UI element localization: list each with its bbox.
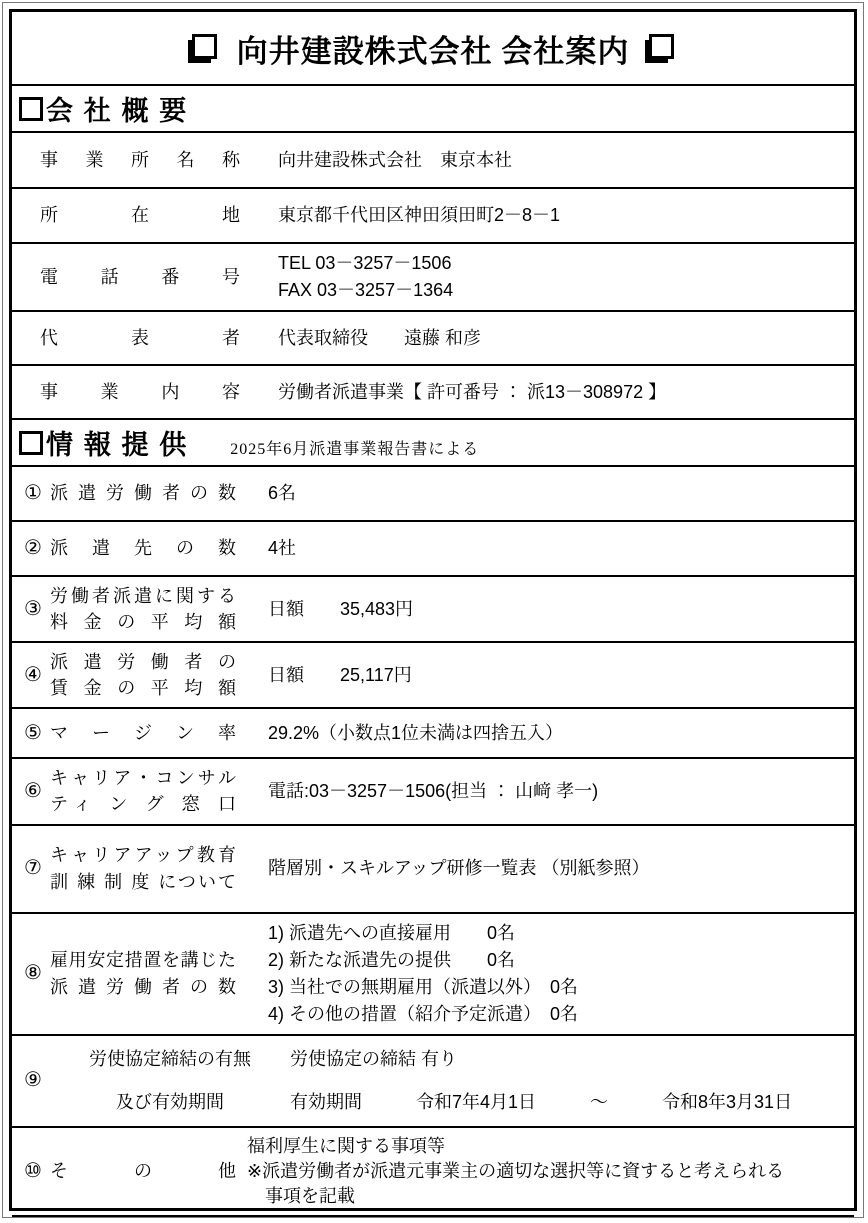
row-6-career-consulting-contact: ⑥ キャリア・コンサル ティ ン グ 窓 口 電話:03－3257－1506(担… (12, 759, 854, 825)
company-guide-table: 向井建設株式会社 会社案内 会 社 概 要 事 業 所 名 称 向井建設株式会社… (9, 9, 857, 1211)
row-number: ④ (24, 661, 50, 690)
section-heading-information: 情 報 提 供 2025年6月派遣事業報告書による (12, 420, 854, 467)
row-label: 電 話 番 号 (40, 264, 240, 290)
row-label: 代 表 者 (40, 325, 240, 351)
row-label: 事 業 内 容 (40, 379, 240, 405)
row-representative: 代 表 者 代表取締役 遠藤 和彦 (12, 312, 854, 366)
row-number: ⑩ (24, 1157, 50, 1186)
row-value: 6名 (268, 480, 844, 507)
row-phone-number: 電 話 番 号 TEL 03－3257－1506 FAX 03－3257－136… (12, 244, 854, 312)
row-label: 労使協定締結の有無 (50, 1046, 290, 1072)
row-office-name: 事 業 所 名 称 向井建設株式会社 東京本社 (12, 133, 854, 189)
row-value: 4社 (268, 535, 844, 562)
row-label: 派 遣 先 の 数 (50, 535, 236, 561)
row-7-career-training-system: ⑦ キャリアアップ教育 訓 練 制 度 について 階層別・スキルアップ研修一覧表… (12, 826, 854, 914)
agreement-existence-line: 労使協定締結の有無 労使協定の締結 有り (50, 1046, 844, 1072)
agreement-validity-line: 及び有効期間 有効期間 令和7年4月1日 ～ 令和8年3月31日 (50, 1089, 844, 1115)
row-value: 29.2%（小数点1位未満は四捨五入） (268, 720, 844, 747)
row-number: ⑧ (24, 959, 50, 988)
row-value: 1) 派遣先への直接雇用 0名 2) 新たな派遣先の提供 0名 3) 当社での無… (268, 920, 844, 1028)
row-number: ① (24, 479, 50, 508)
row-value: 代表取締役 遠藤 和彦 (278, 325, 844, 352)
report-source-note: 2025年6月派遣事業報告書による (230, 436, 479, 459)
bottom-spacer-row (12, 1217, 854, 1223)
row-value: 電話:03－3257－1506(担当 ： 山﨑 孝一) (268, 778, 844, 805)
row-label: マ ー ジ ン 率 (50, 720, 236, 746)
row-value: 労使協定の締結 有り (290, 1046, 844, 1072)
row-number: ⑤ (24, 719, 50, 748)
section-heading-label: 会 社 概 要 (46, 89, 188, 128)
row-9-labor-management-agreement: ⑨ 労使協定締結の有無 労使協定の締結 有り 及び有効期間 有効期間 令和7年4… (12, 1036, 854, 1128)
row-value: 労働者派遣事業【 許可番号 ： 派13－308972 】 (278, 379, 844, 406)
section-heading-label: 情 報 提 供 (46, 423, 188, 462)
document-title-row: 向井建設株式会社 会社案内 (12, 12, 854, 86)
row-label: そ の 他 (50, 1158, 236, 1184)
row-label: 雇用安定措置を講じた 派 遣 労 働 者 の 数 (50, 947, 236, 999)
row-label: 所 在 地 (40, 202, 240, 228)
row-3-average-dispatch-fee: ③ 労働者派遣に関する 料 金 の 平 均 額 日額 35,483円 (12, 577, 854, 643)
shadowed-square-icon (649, 34, 674, 59)
row-number: ⑨ (24, 1066, 50, 1095)
row-value: 向井建設株式会社 東京本社 (278, 147, 844, 174)
open-square-icon (19, 431, 43, 455)
row-value: 日額 25,117円 (268, 662, 844, 689)
row-1-dispatched-worker-count: ① 派 遣 労 働 者 の 数 6名 (12, 467, 854, 522)
row-value: 階層別・スキルアップ研修一覧表 （別紙参照） (268, 855, 844, 882)
row-number: ② (24, 534, 50, 563)
row-8-employment-stability-measures: ⑧ 雇用安定措置を講じた 派 遣 労 働 者 の 数 1) 派遣先への直接雇用 … (12, 914, 854, 1036)
row-2-client-company-count: ② 派 遣 先 の 数 4社 (12, 522, 854, 577)
row-4-average-wage: ④ 派 遣 労 働 者 の 賃 金 の 平 均 額 日額 25,117円 (12, 643, 854, 709)
agreement-block: 労使協定締結の有無 労使協定の締結 有り 及び有効期間 有効期間 令和7年4月1… (50, 1042, 844, 1118)
row-10-other: ⑩ そ の 他 福利厚生に関する事項等 ※派遣労働者が派遣元事業主の適切な選択等… (12, 1128, 854, 1218)
row-value: TEL 03－3257－1506 FAX 03－3257－1364 (278, 250, 844, 304)
row-address: 所 在 地 東京都千代田区神田須田町2－8－1 (12, 189, 854, 244)
row-number: ③ (24, 595, 50, 624)
row-label: キャリア・コンサル ティ ン グ 窓 口 (50, 765, 236, 817)
row-value: 東京都千代田区神田須田町2－8－1 (278, 202, 844, 229)
row-label: 及び有効期間 (50, 1089, 290, 1115)
row-business-description: 事 業 内 容 労働者派遣事業【 許可番号 ： 派13－308972 】 (12, 366, 854, 420)
row-label: 労働者派遣に関する 料 金 の 平 均 額 (50, 583, 236, 635)
page-sheet: 向井建設株式会社 会社案内 会 社 概 要 事 業 所 名 称 向井建設株式会社… (2, 2, 864, 1218)
row-5-margin-rate: ⑤ マ ー ジ ン 率 29.2%（小数点1位未満は四捨五入） (12, 709, 854, 759)
row-label: 派 遣 労 働 者 の 数 (50, 480, 236, 506)
shadowed-square-icon (192, 34, 217, 59)
row-label: キャリアアップ教育 訓 練 制 度 について (50, 842, 236, 894)
row-number: ⑦ (24, 854, 50, 883)
row-label: 派 遣 労 働 者 の 賃 金 の 平 均 額 (50, 649, 236, 701)
open-square-icon (19, 97, 43, 121)
company-profile-document: { "colors": { "border": "#000000", "text… (0, 0, 868, 1222)
row-value: 福利厚生に関する事項等 ※派遣労働者が派遣元事業主の適切な選択等に資すると考えら… (247, 1134, 844, 1210)
section-heading-company-overview: 会 社 概 要 (12, 86, 854, 133)
document-title: 向井建設株式会社 会社案内 (237, 26, 630, 71)
row-value: 有効期間 令和7年4月1日 ～ 令和8年3月31日 (290, 1089, 844, 1115)
row-number: ⑥ (24, 777, 50, 806)
row-label: 事 業 所 名 称 (40, 147, 240, 173)
row-value: 日額 35,483円 (268, 596, 844, 623)
